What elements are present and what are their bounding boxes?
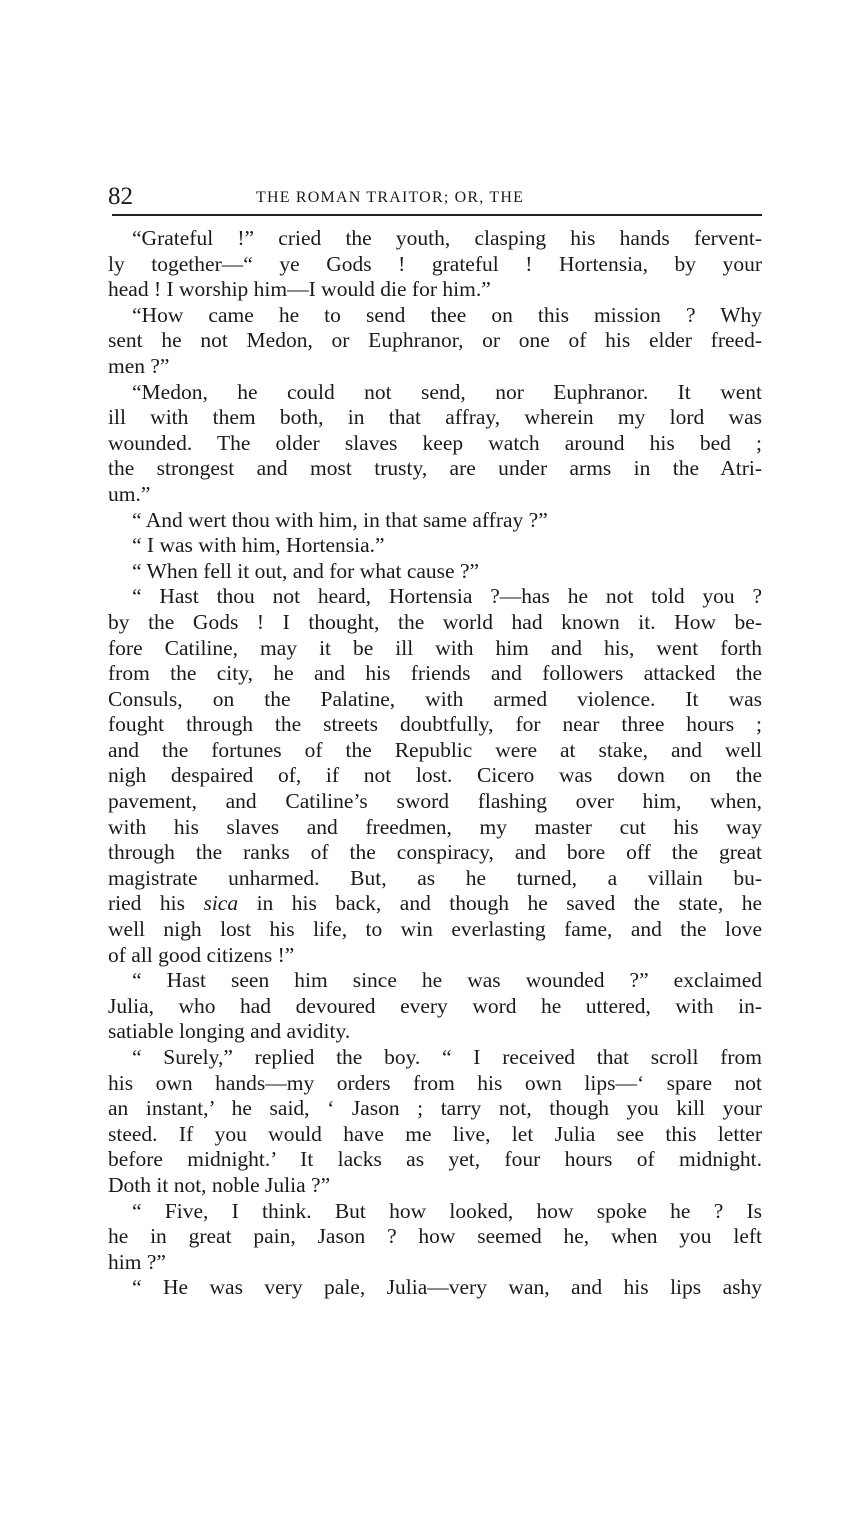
- text-line: um.”: [108, 482, 762, 508]
- text-line: ill with them both, in that affray, wher…: [108, 405, 762, 431]
- text-line: “ He was very pale, Julia—very wan, and …: [108, 1275, 762, 1301]
- text-line: “ I was with him, Hortensia.”: [108, 533, 762, 559]
- text-line: “ Hast thou not heard, Hortensia ?—has h…: [108, 584, 762, 610]
- italic-word: sica: [203, 891, 238, 915]
- text-line: he in great pain, Jason ? how seemed he,…: [108, 1224, 762, 1250]
- text-segment: in his back, and though he saved the sta…: [238, 891, 762, 915]
- text-line: Doth it not, noble Julia ?”: [108, 1173, 762, 1199]
- text-line: sent he not Medon, or Euphranor, or one …: [108, 328, 762, 354]
- text-line: with his slaves and freedmen, my master …: [108, 815, 762, 841]
- text-line: wounded. The older slaves keep watch aro…: [108, 431, 762, 457]
- text-line: and the fortunes of the Republic were at…: [108, 738, 762, 764]
- text-line: fought through the streets doubtfully, f…: [108, 712, 762, 738]
- text-line: “ And wert thou with him, in that same a…: [108, 508, 762, 534]
- running-title: THE ROMAN TRAITOR; OR, THE: [256, 186, 524, 210]
- running-head: 82 THE ROMAN TRAITOR; OR, THE: [108, 182, 762, 212]
- text-line: satiable longing and avidity.: [108, 1019, 762, 1045]
- header-rule: [112, 214, 762, 216]
- book-page: 82 THE ROMAN TRAITOR; OR, THE “Grateful …: [0, 0, 848, 1525]
- text-line: “Medon, he could not send, nor Euphranor…: [108, 380, 762, 406]
- text-line: “Grateful !” cried the youth, clasping h…: [108, 226, 762, 252]
- text-line: nigh despaired of, if not lost. Cicero w…: [108, 763, 762, 789]
- text-line: “How came he to send thee on this missio…: [108, 303, 762, 329]
- text-line: before midnight.’ It lacks as yet, four …: [108, 1147, 762, 1173]
- text-line: through the ranks of the conspiracy, and…: [108, 840, 762, 866]
- text-line: Consuls, on the Palatine, with armed vio…: [108, 687, 762, 713]
- text-line: “ Hast seen him since he was wounded ?” …: [108, 968, 762, 994]
- text-line: ly together—“ ye Gods ! grateful ! Horte…: [108, 252, 762, 278]
- text-line: the strongest and most trusty, are under…: [108, 456, 762, 482]
- text-line: head ! I worship him—I would die for him…: [108, 277, 762, 303]
- text-line: “ When fell it out, and for what cause ?…: [108, 559, 762, 585]
- text-line: ried his sica in his back, and though he…: [108, 891, 762, 917]
- text-segment: ried his: [108, 891, 203, 915]
- text-line: “ Five, I think. But how looked, how spo…: [108, 1199, 762, 1225]
- text-line: pavement, and Catiline’s sword flashing …: [108, 789, 762, 815]
- text-line: magistrate unharmed. But, as he turned, …: [108, 866, 762, 892]
- text-line: Julia, who had devoured every word he ut…: [108, 994, 762, 1020]
- text-line: by the Gods ! I thought, the world had k…: [108, 610, 762, 636]
- text-line: him ?”: [108, 1250, 762, 1276]
- body-text: “Grateful !” cried the youth, clasping h…: [108, 226, 762, 1301]
- text-line: an instant,’ he said, ‘ Jason ; tarry no…: [108, 1096, 762, 1122]
- text-line: fore Catiline, may it be ill with him an…: [108, 636, 762, 662]
- text-line: men ?”: [108, 354, 762, 380]
- text-line: of all good citizens !”: [108, 943, 762, 969]
- page-number: 82: [108, 182, 133, 212]
- text-line: from the city, he and his friends and fo…: [108, 661, 762, 687]
- text-line: his own hands—my orders from his own lip…: [108, 1071, 762, 1097]
- text-line: “ Surely,” replied the boy. “ I received…: [108, 1045, 762, 1071]
- text-line: well nigh lost his life, to win everlast…: [108, 917, 762, 943]
- text-line: steed. If you would have me live, let Ju…: [108, 1122, 762, 1148]
